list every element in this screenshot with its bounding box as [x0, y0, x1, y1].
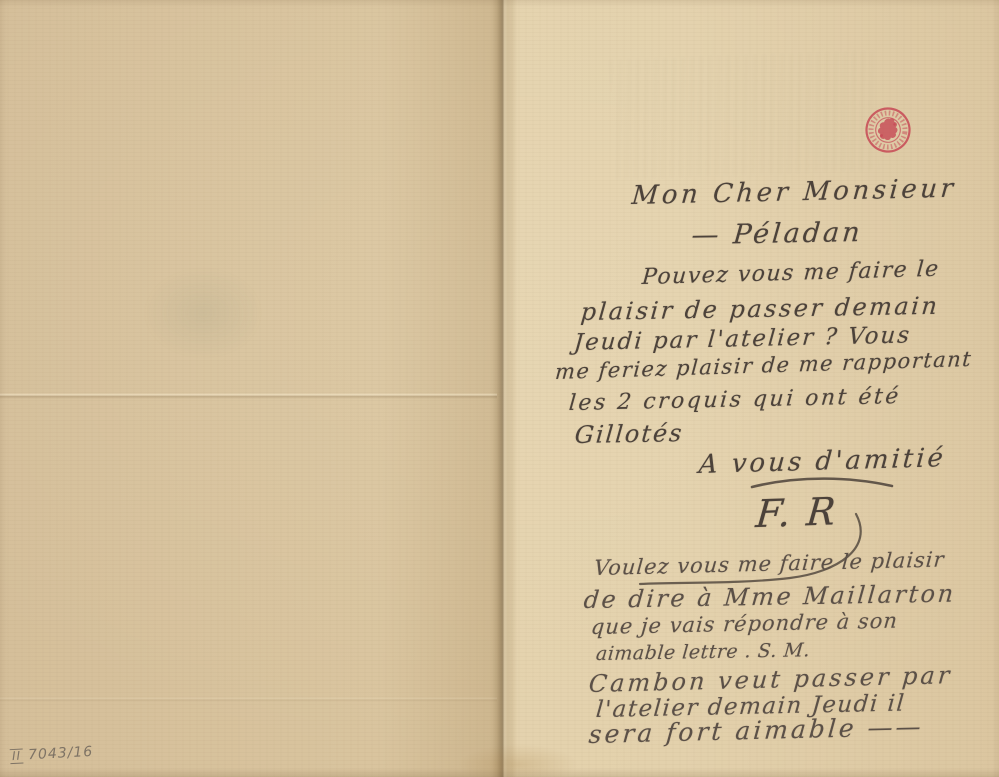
letter-line: Gillotés [574, 419, 685, 449]
letter-scan: Mon Cher Monsieur — Péladan Pouvez vous … [0, 0, 999, 777]
signature: F. R [754, 489, 839, 536]
letter-line: — Péladan [690, 217, 864, 251]
fold-crease-horizontal [0, 393, 497, 399]
fold-crease-vertical [491, 0, 513, 777]
paper-stain [438, 733, 598, 777]
paper-smudge [118, 248, 288, 378]
inventory-digits: 7043/16 [28, 744, 94, 763]
ink-showthrough [610, 50, 879, 179]
library-stamp-icon [861, 103, 916, 158]
postscript-line: aimable lettre . S. M. [595, 639, 811, 665]
fold-crease-horizontal-faint [0, 697, 497, 702]
blank-verso-page [0, 0, 496, 777]
inventory-roman-numeral: II [10, 749, 24, 765]
